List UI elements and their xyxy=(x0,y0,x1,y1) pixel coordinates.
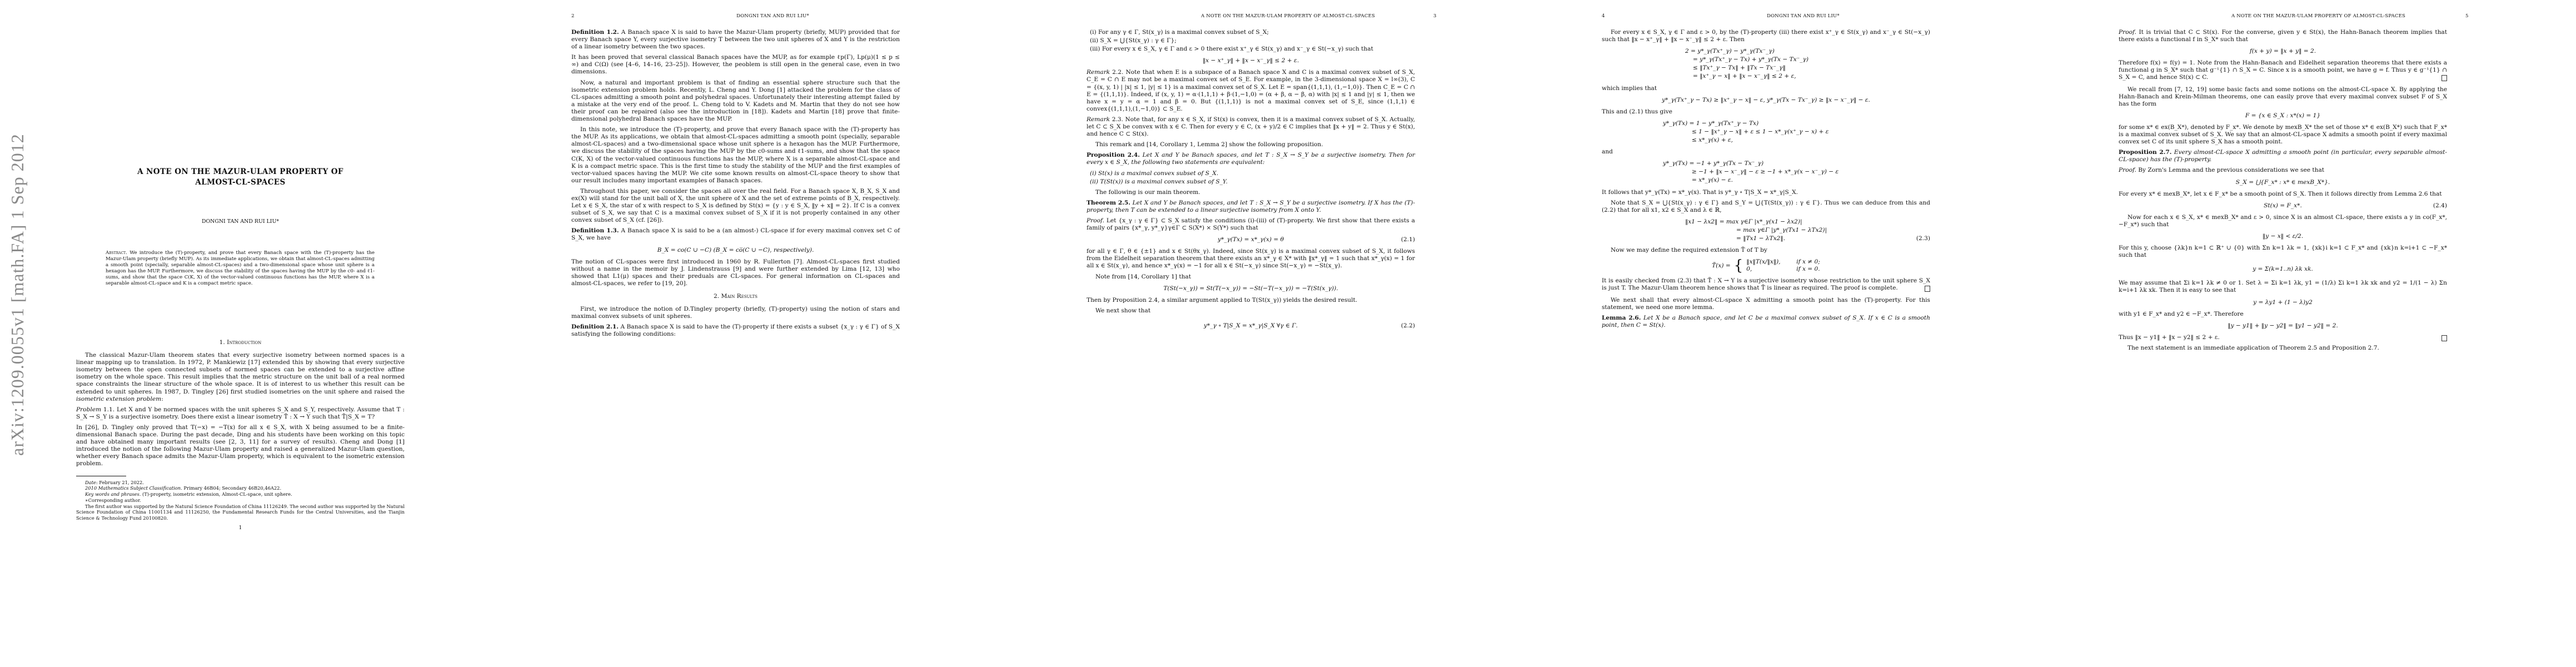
paragraph: Note from [14, Corollary 1] that xyxy=(1087,273,1415,281)
paragraph: with y1 ∈ F_x* and y2 ∈ −F_x*. Therefore xyxy=(2119,311,2447,318)
equation: B_X = co(C ∪ −C) (B_X = co̅(C ∪ −C), res… xyxy=(571,247,900,254)
equation-2-1: y*_γ(Tx) = x*_γ(x) = θ(2.1) xyxy=(1087,236,1415,243)
aligned-equations-1: 2 = y*_γ(Tx⁺_γ) − y*_γ(Tx⁻_γ) = y*_γ(Tx⁺… xyxy=(1685,48,1930,80)
equation: y*_γ(Tx⁺_γ − Tx) ≥ ‖x⁺_γ − x‖ − ε, y*_γ(… xyxy=(1602,97,1930,104)
equation-2-2: y*_γ ∘ T|S_X = x*_γ|S_X ∀γ ∈ Γ.(2.2) xyxy=(1087,322,1415,330)
footnotes: Date: February 21, 2022. 2010 Mathematic… xyxy=(76,480,405,522)
abstract-text: We introduce the (T)-property, and prove… xyxy=(106,250,375,286)
page-2-body: Definition 1.2. A Banach space X is said… xyxy=(571,29,900,341)
proposition-2-4: Proposition 2.4. Let X and Y be Banach s… xyxy=(1087,152,1415,166)
abstract-label: Abstract. xyxy=(106,250,127,256)
paragraph: For every x ∈ S_X, γ ∈ Γ and ε > 0, by t… xyxy=(1602,29,1930,43)
aligned-equations-3: y*_γ(Tx) = −1 + y*_γ(Tx − Tx⁻_γ) ≥ −1 + … xyxy=(1663,160,1930,184)
proof: Proof. Let {x_γ : γ ∈ Γ} ⊂ S_X satisfy t… xyxy=(1087,217,1415,232)
aligned-equations-2: y*_γ(Tx) = 1 − y*_γ(Tx⁺_γ − Tx) ≤ 1 − ‖x… xyxy=(1663,120,1930,144)
equation: f(x + y) = ‖x + y‖ = 2. xyxy=(2119,48,2447,55)
paragraph: which implies that xyxy=(1602,85,1930,92)
paragraph: For this y, choose {λk}n k=1 ⊂ ℝ⁺ ∪ {0} … xyxy=(2119,245,2447,259)
page-number: 3 xyxy=(1433,13,1437,19)
paragraph: In this note, we introduce the (T)-prope… xyxy=(571,126,900,185)
paragraph: It is easily checked from (2.3) that T̃ … xyxy=(1602,277,1930,292)
footnote-date: Date: February 21, 2022. xyxy=(76,480,405,486)
paragraph: Then by Proposition 2.4, a similar argum… xyxy=(1087,297,1415,304)
piecewise-definition: T̃(x) = { ‖x‖T(x/‖x‖),if x ≠ 0; 0,if x =… xyxy=(1602,258,1930,273)
abstract: Abstract. We introduce the (T)-property,… xyxy=(106,250,375,287)
paragraph: This and (2.1) thus give xyxy=(1602,108,1930,116)
paragraph: Note that S_X = ⋃{St(x_γ) : γ ∈ Γ} and S… xyxy=(1602,200,1930,214)
paragraph: We next shall that every almost-CL-space… xyxy=(1602,297,1930,311)
paragraph: The next statement is an immediate appli… xyxy=(2119,345,2447,352)
section-heading-main-results: 2. Main Results xyxy=(571,293,900,300)
remark-2-2: Remark 2.2. Note that when E is a subspa… xyxy=(1087,69,1415,113)
paragraph: Thus ‖x − y1‖ + ‖x − y2‖ ≤ 2 + ε. xyxy=(2119,334,2447,341)
equation: T(St(−x_γ)) = St(T(−x_γ)) = −St(−T(−x_γ)… xyxy=(1087,285,1415,292)
section-heading-introduction: 1. Introduction xyxy=(76,339,405,346)
paragraph: for some x* ∈ ex(B_X*), denoted by F_x*.… xyxy=(2119,124,2447,146)
paragraph: It has been proved that several classica… xyxy=(571,54,900,76)
proposition-item-i: (i) St(x) is a maximal convex subset of … xyxy=(1087,170,1415,177)
paragraph: It follows that y*_γ(Tx) = x*_γ(x). That… xyxy=(1602,189,1930,196)
problem-1-1: Problem 1.1. Let X and Y be normed space… xyxy=(76,406,405,421)
page-4-body: For every x ∈ S_X, γ ∈ Γ and ε > 0, by t… xyxy=(1602,29,1930,332)
paragraph: Now for each x ∈ S_X, x* ∈ mexB_X* and ε… xyxy=(2119,214,2447,228)
paper-title: A NOTE ON THE MAZUR-ULAM PROPERTY OF ALM… xyxy=(76,167,405,188)
equation: y = λy1 + (1 − λ)y2 xyxy=(2119,299,2447,306)
page-1-body: 1. Introduction The classical Mazur-Ulam… xyxy=(76,333,405,532)
page-number: 1 xyxy=(76,525,405,532)
paragraph: We next show that xyxy=(1087,307,1415,315)
page-3: A NOTE ON THE MAZUR-ULAM PROPERTY OF ALM… xyxy=(1030,0,1546,667)
authors: DONGNI TAN AND RUI LIU* xyxy=(76,218,405,225)
equation-2-4: St(x) = F_x*.(2.4) xyxy=(2119,202,2447,210)
equation: ‖y − y1‖ + ‖y − y2‖ = ‖y1 − y2‖ = 2. xyxy=(2119,322,2447,330)
page-2: 2 DONGNI TAN AND RUI LIU* Definition 1.2… xyxy=(515,0,1030,667)
proof: Proof. It is trivial that C ⊂ St(x). For… xyxy=(2119,29,2447,43)
qed-icon xyxy=(2442,75,2447,81)
paragraph: We may assume that Σi k=1 λk ≠ 0 or 1. S… xyxy=(2119,280,2447,294)
paragraph: We recall from [7, 12, 19] some basic fa… xyxy=(2119,86,2447,108)
equation: ‖y − x‖ < ε/2. xyxy=(2119,233,2447,240)
definition-2-1: Definition 2.1. A Banach space X is said… xyxy=(571,323,900,338)
paragraph: This remark and [14, Corollary 1, Lemma … xyxy=(1087,141,1415,148)
remark-2-3: Remark 2.3. Note that, for any x ∈ S_X, … xyxy=(1087,116,1415,138)
page-1: arXiv:1209.0055v1 [math.FA] 1 Sep 2012 A… xyxy=(0,0,515,667)
theorem-2-5: Theorem 2.5. Let X and Y be Banach space… xyxy=(1087,200,1415,214)
paragraph: Therefore f(x) = f(y) = 1. Note from the… xyxy=(2119,59,2447,81)
condition-i: (i) For any γ ∈ Γ, St(x_γ) is a maximal … xyxy=(1087,29,1415,36)
proof: Proof. By Zorn's Lemma and the previous … xyxy=(2119,167,2447,174)
page-4: 4 DONGNI TAN AND RUI LIU* For every x ∈ … xyxy=(1546,0,2061,667)
page-5: A NOTE ON THE MAZUR-ULAM PROPERTY OF ALM… xyxy=(2061,0,2576,667)
left-brace: { xyxy=(1734,262,1743,270)
paragraph: First, we introduce the notion of D.Ting… xyxy=(571,306,900,320)
paragraph: Now, a natural and important problem is … xyxy=(571,79,900,123)
condition-iii: (iii) For every x ∈ S_X, γ ∈ Γ and ε > 0… xyxy=(1087,46,1415,53)
page-3-body: (i) For any γ ∈ Γ, St(x_γ) is a maximal … xyxy=(1087,29,1415,334)
paragraph: The classical Mazur-Ulam theorem states … xyxy=(76,352,405,403)
page-5-body: Proof. It is trivial that C ⊂ St(x). For… xyxy=(2119,29,2447,355)
proposition-item-ii: (ii) T(St(x)) is a maximal convex subset… xyxy=(1087,178,1415,186)
footnote-keywords: Key words and phrases. (T)-property, iso… xyxy=(76,491,405,497)
footnote-funding: The first author was supported by the Na… xyxy=(76,504,405,521)
qed-icon xyxy=(2442,335,2447,341)
paragraph: Throughout this paper, we consider the s… xyxy=(571,188,900,224)
definition-1-2: Definition 1.2. A Banach space X is said… xyxy=(571,29,900,51)
equation: F = {x ∈ S_X : x*(x) = 1} xyxy=(2119,112,2447,120)
paragraph: The following is our main theorem. xyxy=(1087,189,1415,196)
running-title: DONGNI TAN AND RUI LIU* xyxy=(1546,13,2061,19)
paragraph: For every x* ∈ mexB_X*, let x ∈ F_x* be … xyxy=(2119,191,2447,198)
proposition-2-7: Proposition 2.7. Every almost-CL-space X… xyxy=(2119,149,2447,163)
running-title: A NOTE ON THE MAZUR-ULAM PROPERTY OF ALM… xyxy=(2061,13,2576,19)
footnote-msc: 2010 Mathematics Subject Classification.… xyxy=(76,485,405,491)
page-number: 5 xyxy=(2465,13,2469,19)
equation: y = Σ(k=1..n) λk xk. xyxy=(2119,266,2447,273)
paragraph: The notion of CL-spaces were first intro… xyxy=(571,258,900,287)
running-title: DONGNI TAN AND RUI LIU* xyxy=(515,13,1030,19)
paragraph: In [26], D. Tingley only proved that T(−… xyxy=(76,424,405,468)
paragraph: Now we may define the required extension… xyxy=(1602,247,1930,254)
equation-2-3: ‖x1 − λx2‖ = max γ∈Γ |x*_γ(x1 − λx2)| = … xyxy=(1685,218,1930,242)
footnote-rule xyxy=(76,476,126,476)
paragraph: and xyxy=(1602,148,1930,156)
footnote-corresponding: ∗Corresponding author. xyxy=(76,497,405,504)
running-title: A NOTE ON THE MAZUR-ULAM PROPERTY OF ALM… xyxy=(1030,13,1546,19)
equation: ‖x − x⁺_γ‖ + ‖x − x⁻_γ‖ ≤ 2 + ε. xyxy=(1087,57,1415,64)
condition-ii: (ii) S_X = ⋃{St(x_γ) : γ ∈ Γ}; xyxy=(1087,37,1415,44)
paragraph: for all γ ∈ Γ, θ ∈ {±1} and x ∈ St(θx_γ)… xyxy=(1087,248,1415,270)
lemma-2-6: Lemma 2.6. Let X be a Banach space, and … xyxy=(1602,315,1930,329)
definition-1-3: Definition 1.3. A Banach space X is said… xyxy=(571,227,900,242)
arxiv-stamp: arXiv:1209.0055v1 [math.FA] 1 Sep 2012 xyxy=(7,145,29,456)
equation: S_X = ⋃{F_x* : x* ∈ mexB_X*}. xyxy=(2119,179,2447,186)
qed-icon xyxy=(1925,286,1930,292)
